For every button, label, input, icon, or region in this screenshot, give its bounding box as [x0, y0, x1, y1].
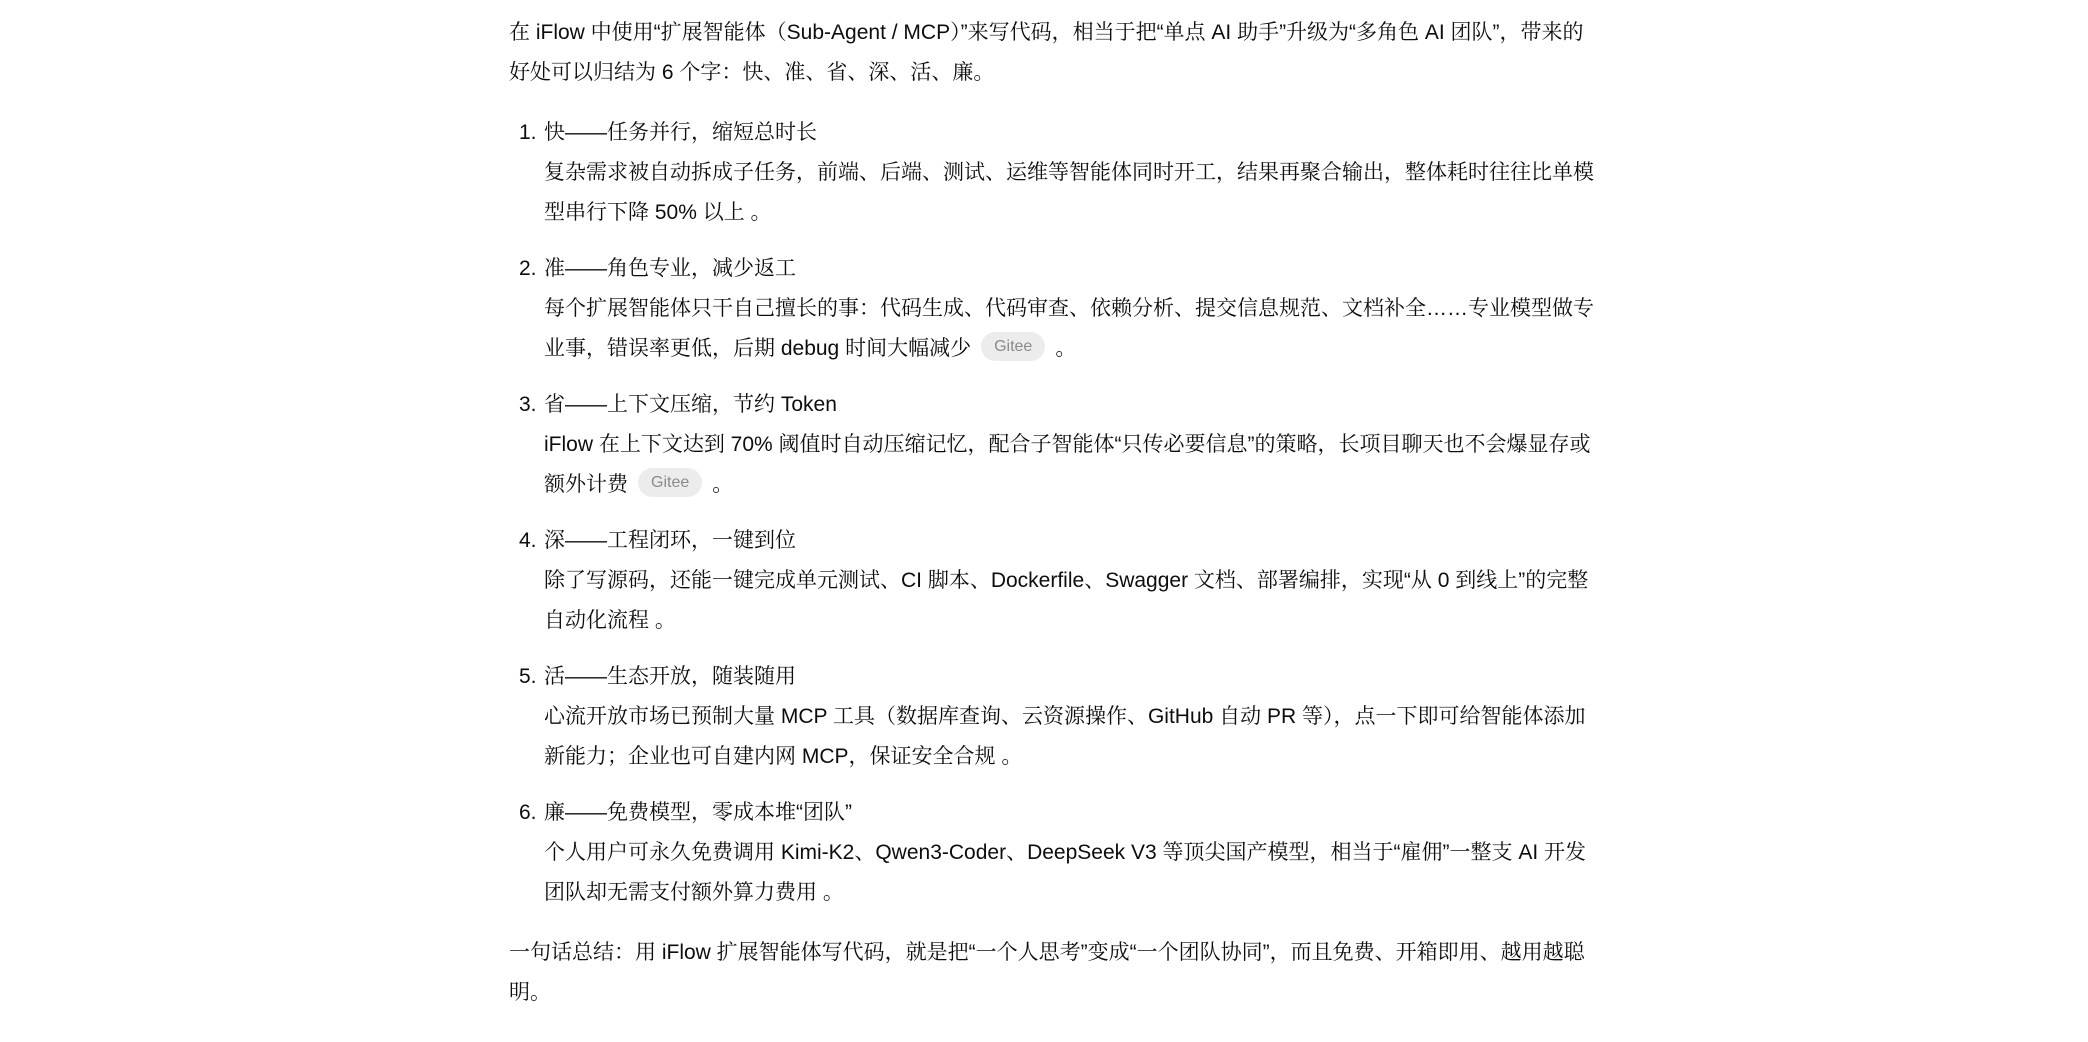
- list-item-text-end: 。: [712, 473, 733, 496]
- list-item-number: 5.: [519, 657, 537, 697]
- list-item-heading: 廉——免费模型，零成本堆“团队”: [544, 793, 1600, 833]
- list-item-heading: 快——任务并行，缩短总时长: [544, 113, 1600, 153]
- gitee-citation-badge[interactable]: Gitee: [638, 468, 702, 497]
- list-item: 6. 廉——免费模型，零成本堆“团队” 个人用户可永久免费调用 Kimi-K2、…: [509, 793, 1600, 913]
- list-item-text: 个人用户可永久免费调用 Kimi-K2、Qwen3-Coder、DeepSeek…: [544, 841, 1586, 904]
- list-item-number: 1.: [519, 113, 537, 153]
- list-item-heading: 活——生态开放，随装随用: [544, 657, 1600, 697]
- assistant-message: 在 iFlow 中使用“扩展智能体（Sub-Agent / MCP）”来写代码，…: [509, 13, 1600, 1013]
- list-item: 1. 快——任务并行，缩短总时长 复杂需求被自动拆成子任务，前端、后端、测试、运…: [509, 113, 1600, 233]
- summary-paragraph: 一句话总结：用 iFlow 扩展智能体写代码，就是把“一个人思考”变成“一个团队…: [509, 933, 1600, 1013]
- list-item-text-end: 。: [1055, 337, 1076, 360]
- list-item: 2. 准——角色专业，减少返工 每个扩展智能体只干自己擅长的事：代码生成、代码审…: [509, 249, 1600, 369]
- list-item: 4. 深——工程闭环，一键到位 除了写源码，还能一键完成单元测试、CI 脚本、D…: [509, 521, 1600, 641]
- list-item-heading: 深——工程闭环，一键到位: [544, 521, 1600, 561]
- list-item: 3. 省——上下文压缩，节约 Token iFlow 在上下文达到 70% 阈值…: [509, 385, 1600, 505]
- gitee-citation-badge[interactable]: Gitee: [981, 332, 1045, 361]
- list-item-number: 6.: [519, 793, 537, 833]
- list-item: 5. 活——生态开放，随装随用 心流开放市场已预制大量 MCP 工具（数据库查询…: [509, 657, 1600, 777]
- list-item-number: 3.: [519, 385, 537, 425]
- list-item-body: 除了写源码，还能一键完成单元测试、CI 脚本、Dockerfile、Swagge…: [544, 561, 1600, 641]
- list-item-heading: 省——上下文压缩，节约 Token: [544, 385, 1600, 425]
- list-item-heading: 准——角色专业，减少返工: [544, 249, 1600, 289]
- list-item-body: 每个扩展智能体只干自己擅长的事：代码生成、代码审查、依赖分析、提交信息规范、文档…: [544, 289, 1600, 369]
- list-item-body: iFlow 在上下文达到 70% 阈值时自动压缩记忆，配合子智能体“只传必要信息…: [544, 425, 1600, 505]
- benefits-list: 1. 快——任务并行，缩短总时长 复杂需求被自动拆成子任务，前端、后端、测试、运…: [509, 113, 1600, 913]
- list-item-number: 2.: [519, 249, 537, 289]
- list-item-body: 心流开放市场已预制大量 MCP 工具（数据库查询、云资源操作、GitHub 自动…: [544, 697, 1600, 777]
- intro-paragraph: 在 iFlow 中使用“扩展智能体（Sub-Agent / MCP）”来写代码，…: [509, 13, 1600, 93]
- list-item-body: 个人用户可永久免费调用 Kimi-K2、Qwen3-Coder、DeepSeek…: [544, 833, 1600, 913]
- list-item-text: 除了写源码，还能一键完成单元测试、CI 脚本、Dockerfile、Swagge…: [544, 569, 1588, 632]
- list-item-number: 4.: [519, 521, 537, 561]
- list-item-text: 心流开放市场已预制大量 MCP 工具（数据库查询、云资源操作、GitHub 自动…: [544, 705, 1586, 768]
- list-item-body: 复杂需求被自动拆成子任务，前端、后端、测试、运维等智能体同时开工，结果再聚合输出…: [544, 153, 1600, 233]
- list-item-text: 复杂需求被自动拆成子任务，前端、后端、测试、运维等智能体同时开工，结果再聚合输出…: [544, 161, 1594, 224]
